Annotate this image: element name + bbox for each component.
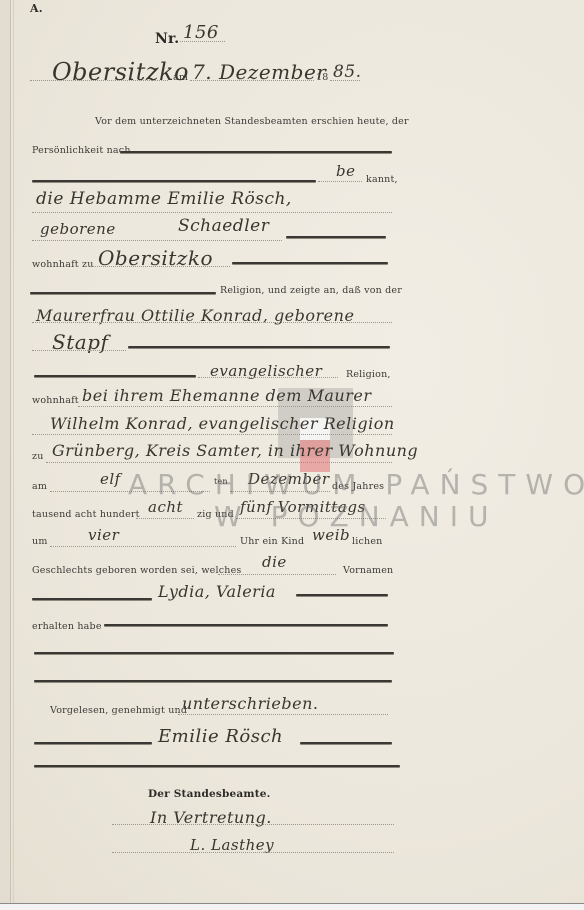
fill-bar xyxy=(120,151,392,153)
informant-born-prefix: geborene xyxy=(40,220,116,238)
record-number-label: Nr. xyxy=(155,31,179,47)
dotline xyxy=(78,406,392,407)
birth-place: Grünberg, Kreis Samter, in ihrer Wohnung xyxy=(52,441,418,460)
informant-line-1: die Hebamme Emilie Rösch, xyxy=(36,189,292,209)
fill-bar xyxy=(30,292,216,294)
dotline xyxy=(218,574,336,575)
intro-text: Vor dem unterzeichneten Standesbeamten e… xyxy=(95,116,409,127)
fill-bar xyxy=(300,742,392,744)
residence-line-1: bei ihrem Ehemanne dem Maurer xyxy=(82,386,372,405)
document-page: A. Nr. 156 Obersitzko am 7. Dezember 18 … xyxy=(0,0,584,904)
tausend-label: tausend acht hundert xyxy=(32,509,140,520)
fill-bar xyxy=(34,680,392,682)
fill-bar xyxy=(286,236,386,238)
um-label: um xyxy=(32,536,48,547)
place-handwritten: Obersitzko xyxy=(52,58,189,86)
year-suffix: 85. xyxy=(333,62,362,82)
dotline xyxy=(330,80,360,81)
dotline xyxy=(46,462,392,463)
dotline xyxy=(198,377,338,378)
fill-bar xyxy=(34,375,196,377)
fill-bar xyxy=(128,346,390,348)
vorgelesen-label: Vorgelesen, genehmigt und xyxy=(50,705,187,716)
fill-bar xyxy=(32,180,316,182)
bekannt-label: kannt, xyxy=(366,174,398,185)
fill-bar xyxy=(32,598,152,600)
dotline xyxy=(50,546,236,547)
fill-bar xyxy=(34,765,400,767)
vornamen-label: Vornamen xyxy=(343,565,393,576)
welches-handwritten: die xyxy=(262,553,287,571)
child-given-names: Lydia, Valeria xyxy=(158,582,276,601)
vorgelesen-handwritten: unterschrieben. xyxy=(182,694,318,713)
dotline xyxy=(318,181,362,182)
fill-bar xyxy=(34,652,394,654)
persoenlichkeit-label: Persönlichkeit nach xyxy=(32,145,131,156)
year-prefix: 18 xyxy=(316,72,329,83)
fill-bar xyxy=(296,594,388,596)
viewer-bottom-strip xyxy=(0,904,584,910)
record-number: 156 xyxy=(183,22,219,43)
am-day-label: am xyxy=(32,481,47,492)
fill-bar xyxy=(104,624,388,626)
archive-watermark-line-2: W POZNANIU xyxy=(214,500,499,533)
dotline xyxy=(112,824,394,825)
dotline xyxy=(32,212,392,213)
uhr-label: Uhr ein Kind xyxy=(240,536,304,547)
dotline xyxy=(32,322,392,323)
bekannt-handwritten: be xyxy=(336,162,355,180)
geschlechts-label: Geschlechts geboren worden sei, welches xyxy=(32,565,241,576)
erhalten-label: erhalten habe xyxy=(32,621,102,632)
informant-maiden-name: Schaedler xyxy=(178,216,269,236)
fill-bar xyxy=(232,262,388,264)
dotline xyxy=(112,852,394,853)
zu-label: zu xyxy=(32,451,44,462)
religion-label: Religion, und zeigte an, daß von der xyxy=(220,285,402,296)
binding-line xyxy=(13,0,14,903)
wohnhaft-label: wohnhaft xyxy=(32,395,79,406)
dotline xyxy=(32,240,282,241)
archive-watermark-line-1: ARCHIWUM PAŃSTWOWE xyxy=(128,468,584,501)
official-title: Der Standesbeamte. xyxy=(148,788,271,800)
wohnhaft-zu-label: wohnhaft zu xyxy=(32,259,94,270)
form-letter: A. xyxy=(30,2,43,15)
birth-hour: vier xyxy=(88,526,119,544)
dotline xyxy=(90,266,230,267)
dotline xyxy=(32,434,392,435)
lichen-label: lichen xyxy=(352,536,382,547)
informant-signature: Emilie Rösch xyxy=(158,726,283,747)
dotline xyxy=(136,518,194,519)
dotline xyxy=(32,350,126,351)
dotline xyxy=(30,80,168,81)
binding-edge xyxy=(0,0,11,903)
mother-religion-label: Religion, xyxy=(346,369,391,380)
dotline xyxy=(180,41,225,42)
birth-day: elf xyxy=(100,470,121,488)
fill-bar xyxy=(34,742,152,744)
dotline xyxy=(178,714,388,715)
am-label: am xyxy=(173,72,188,83)
residence-line-2: Wilhelm Konrad, evangelischer Religion xyxy=(50,414,395,433)
dotline xyxy=(190,80,314,81)
